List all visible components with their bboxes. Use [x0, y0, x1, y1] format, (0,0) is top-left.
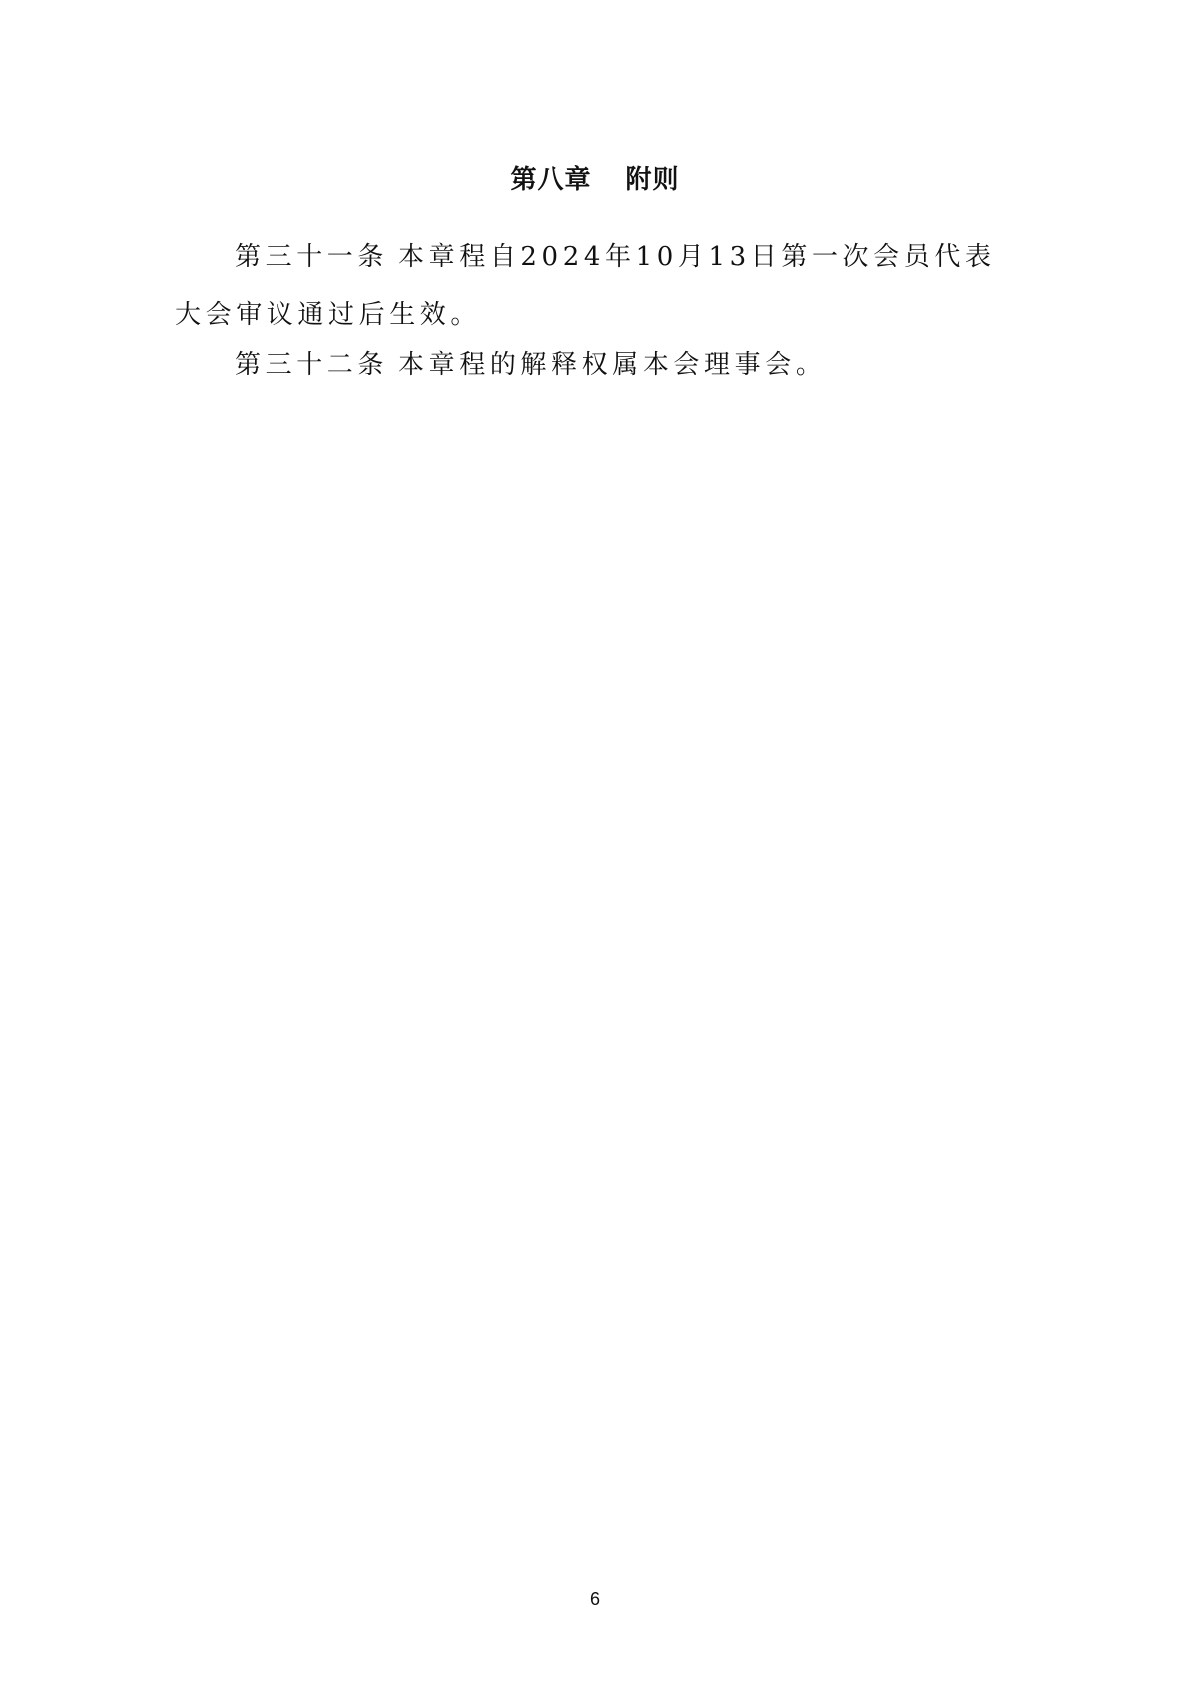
document-page: 第八章附则 第三十一条本章程自2024年10月13日第一次会员代表大会审议通过后…: [0, 0, 1190, 1683]
article-paragraph: 第三十二条本章程的解释权属本会理事会。: [175, 336, 1025, 394]
chapter-title: 附则: [626, 165, 680, 195]
article-paragraph: 第三十一条本章程自2024年10月13日第一次会员代表大会审议通过后生效。: [175, 228, 1025, 344]
page-number: 6: [0, 1588, 1190, 1610]
chapter-heading: 第八章附则: [0, 162, 1190, 198]
article-number: 第三十一条: [235, 242, 388, 272]
article-number: 第三十二条: [235, 350, 388, 380]
article-text: 本章程的解释权属本会理事会。: [398, 350, 826, 380]
chapter-number: 第八章: [510, 165, 591, 195]
